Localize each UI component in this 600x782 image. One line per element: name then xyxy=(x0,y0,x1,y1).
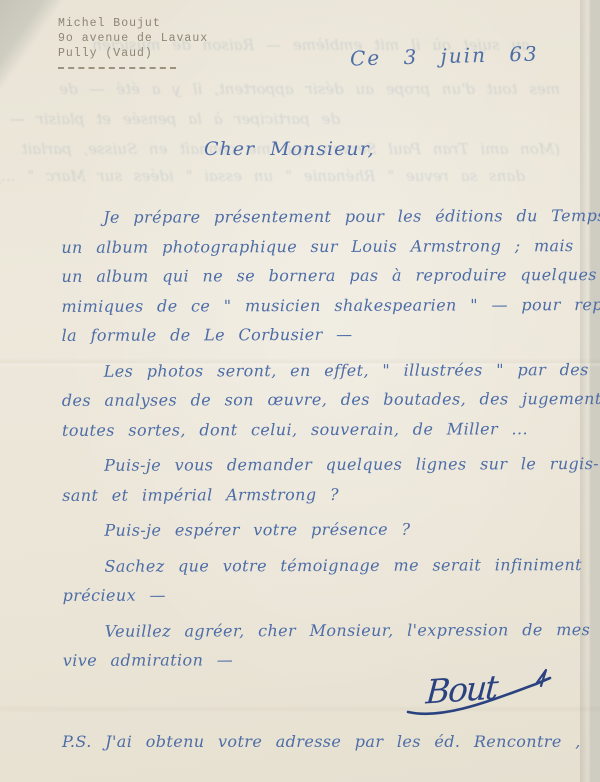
salutation: Cher Monsieur, xyxy=(204,138,375,160)
handwritten-line: des analyses de son œuvre, des boutades,… xyxy=(62,384,574,415)
date-line: Ce 3 juin 63 xyxy=(350,42,539,71)
letterhead-name: Michel Boujut xyxy=(58,16,208,31)
handwritten-line: mimiques de ce " musicien shakespearien … xyxy=(61,290,573,321)
letterhead-rule xyxy=(58,67,176,69)
handwritten-line: précieux — xyxy=(62,579,574,610)
signature-text: Bout xyxy=(425,667,498,711)
handwritten-line: la formule de Le Corbusier — xyxy=(62,319,574,350)
letterhead: Michel Boujut 9o avenue de Lavaux Pully … xyxy=(58,16,208,69)
paragraph xyxy=(61,195,573,197)
handwritten-line: un album qui ne se bornera pas à reprodu… xyxy=(61,260,573,291)
bleedthrough-line: mes tout d'un prope au désir apportent, … xyxy=(95,80,560,98)
handwritten-line: Puis-je vous demander quelques lignes su… xyxy=(62,449,574,480)
letterhead-city: Pully (Vaud) xyxy=(58,46,208,61)
postscript: P.S. J'ai obtenu votre adresse par les é… xyxy=(62,732,587,751)
handwritten-line: Sachez que votre témoignage me serait in… xyxy=(62,550,574,581)
handwritten-line: Veuillez agréer, cher Monsieur, l'expres… xyxy=(63,615,575,646)
letter-body: Je prépare présentement pour les édition… xyxy=(61,195,575,681)
handwritten-line: Les photos seront, en effet, " illustrée… xyxy=(62,355,574,386)
handwritten-line: un album photographique sur Louis Armstr… xyxy=(61,231,573,262)
bleedthrough-line: de participer à la pensée et plaisir — xyxy=(90,110,340,128)
letterhead-street: 9o avenue de Lavaux xyxy=(58,31,208,46)
handwritten-line: toutes sortes, dont celui, souverain, de… xyxy=(62,414,574,445)
letter-scan: au sujet où il mit emblème — Raison de m… xyxy=(0,0,600,782)
handwritten-line: Puis-je espérer votre présence ? xyxy=(62,514,574,545)
bleedthrough-line: dans sa revue " Rhénanie " un essai " id… xyxy=(85,167,525,185)
handwritten-line: sant et impérial Armstrong ? xyxy=(62,479,574,510)
handwritten-line: Je prépare présentement pour les édition… xyxy=(61,201,573,232)
signature: Bout xyxy=(404,660,574,722)
